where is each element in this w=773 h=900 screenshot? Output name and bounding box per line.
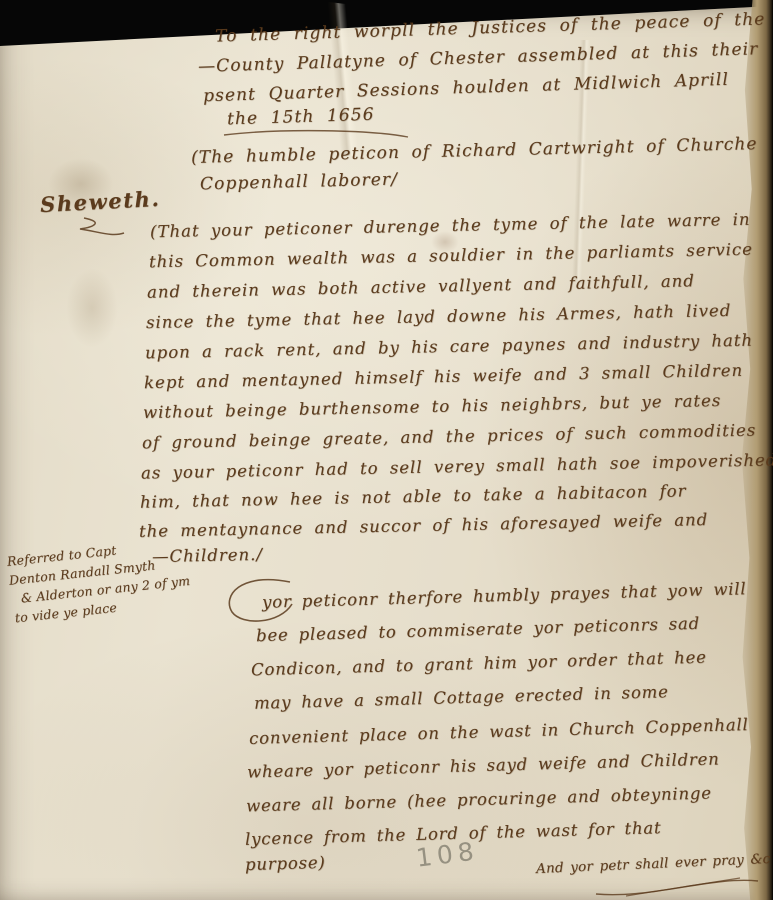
manuscript-scan: To the right worpll the Justices of the …	[0, 0, 773, 900]
prayer-line: purpose)	[245, 853, 326, 874]
